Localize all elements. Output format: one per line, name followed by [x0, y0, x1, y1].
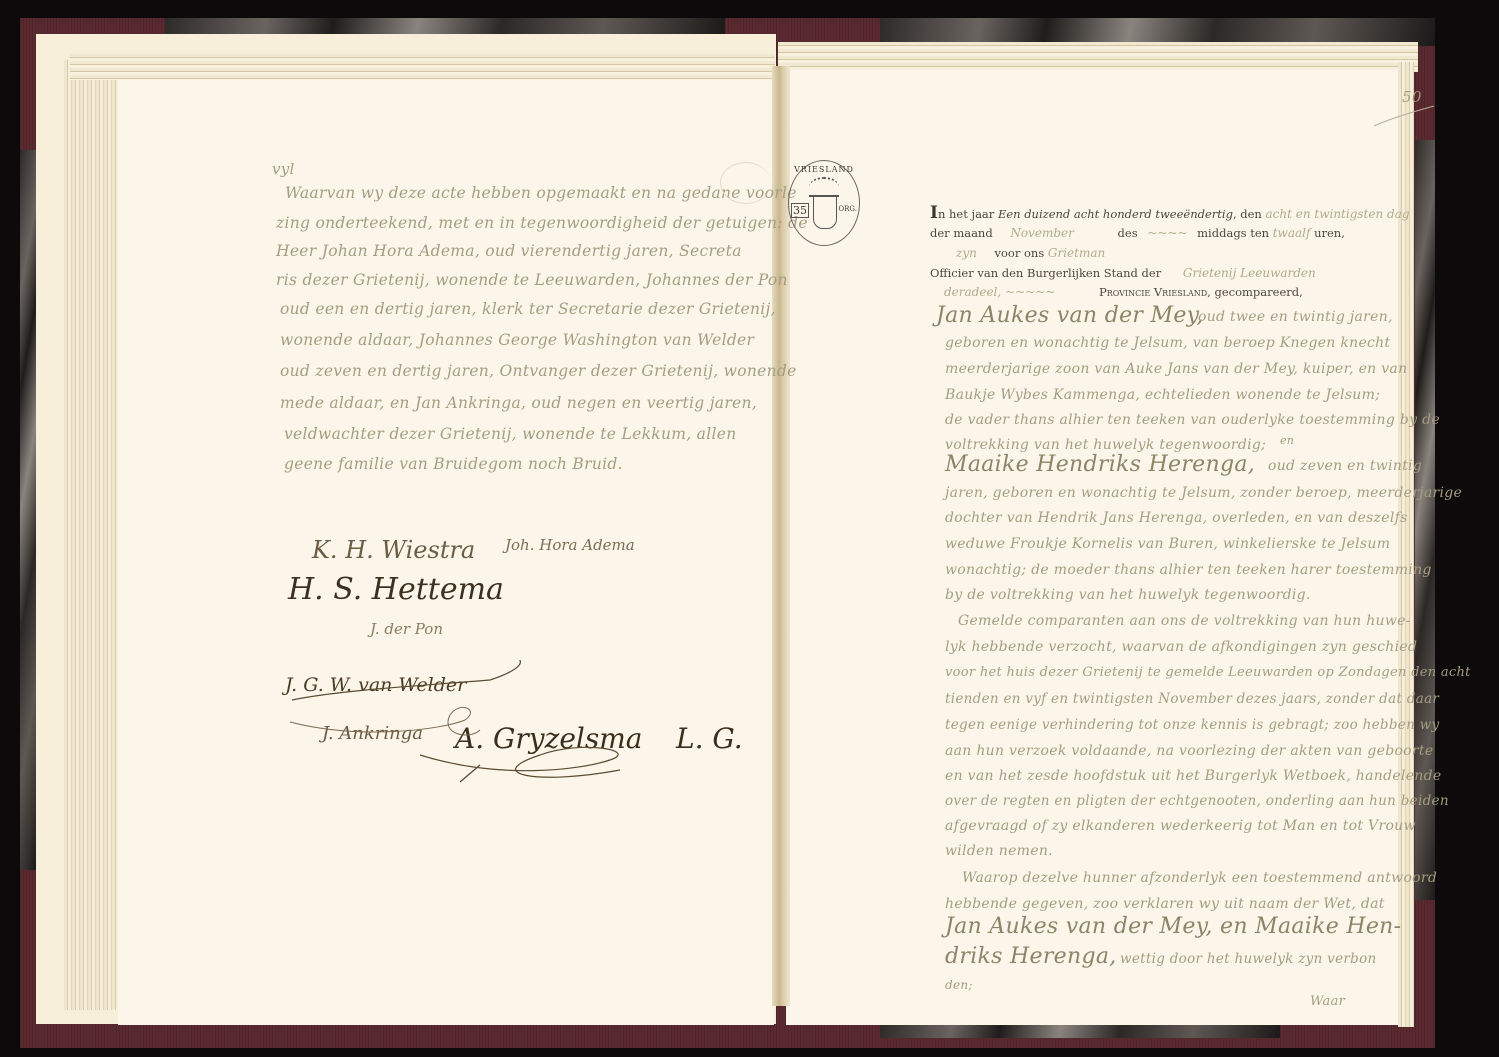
municipality-field: Grietenij Leeuwarden: [1183, 266, 1316, 280]
header-line-1: In het jaar Een duizend acht honderd twe…: [930, 203, 1410, 223]
coat-of-arms-icon: [813, 195, 837, 229]
left-line-7: oud zeven en dertig jaren, Ontvanger dez…: [280, 362, 797, 380]
header-line-4: Officier van den Burgerlijken Stand der …: [930, 266, 1316, 280]
marbled-board-right: [1415, 140, 1435, 900]
month-field: November: [1010, 226, 1074, 240]
time-of-day-field: ~~~~: [1147, 226, 1187, 240]
marbled-board-left: [20, 150, 36, 870]
province-name: Provincie Vriesland: [1099, 285, 1207, 299]
hour-field: twaalf: [1273, 226, 1311, 240]
left-line-4: ris dezer Grietenij, wonende te Leeuward…: [276, 271, 788, 289]
crown-icon: [809, 177, 839, 197]
year-text: Een duizend acht honderd tweeëndertig: [998, 207, 1233, 221]
day-field: acht en twintigsten dag: [1266, 207, 1410, 221]
right-page-stack-top: [778, 42, 1418, 72]
left-line-2: zing onderteekend, met en in tegenwoordi…: [276, 214, 808, 232]
tax-stamp: VRIESLAND 35 ORG.: [788, 160, 860, 246]
header-line-5: deradeel, ~~~~~ Provincie Vriesland, gec…: [944, 285, 1303, 299]
left-line-8: mede aldaar, en Jan Ankringa, oud negen …: [280, 394, 757, 412]
catchword: Waar: [1310, 994, 1345, 1009]
signature-der-pon: J. der Pon: [370, 620, 443, 638]
stamp-region: VRIESLAND: [789, 165, 859, 174]
declared-names-1: Jan Aukes van der Mey, en Maaike Hen-: [945, 914, 1401, 939]
signature-flourish: [280, 660, 740, 790]
header-line-3: zyn voor ons Grietman: [956, 246, 1105, 260]
left-line-5: oud een en dertig jaren, klerk ter Secre…: [280, 300, 776, 318]
stamp-unit: ORG.: [838, 205, 857, 213]
left-line-6: wonende aldaar, Johannes George Washingt…: [280, 331, 754, 349]
signature-hettema: H. S. Hettema: [288, 572, 504, 607]
header-line-2: der maand November des ~~~~ middags ten …: [930, 226, 1345, 240]
official-title-field: Grietman: [1048, 246, 1105, 260]
left-line-9: veldwachter dezer Grietenij, wonende te …: [284, 425, 737, 443]
declared-names-2: driks Herenga,: [945, 944, 1117, 969]
groom-name: Jan Aukes van der Mey,: [936, 303, 1204, 328]
initial-letter: I: [930, 203, 938, 223]
bride-name: Maaike Hendriks Herenga,: [945, 452, 1255, 477]
signature-adema: Joh. Hora Adema: [505, 536, 635, 554]
margin-note: vyl: [272, 160, 295, 178]
marbled-board-bottom: [880, 1024, 1280, 1038]
page-number-flourish: [1372, 100, 1442, 130]
left-line-10: geene familie van Bruidegom noch Bruid.: [284, 455, 623, 473]
and-word: en: [1280, 434, 1294, 447]
left-line-3: Heer Johan Hora Adema, oud vierendertig …: [276, 242, 742, 260]
faint-stamp-impression: [720, 162, 771, 204]
stamp-value: 35: [791, 203, 809, 218]
signature-wiestra: K. H. Wiestra: [312, 536, 475, 564]
left-page-stack-top: [70, 54, 775, 80]
